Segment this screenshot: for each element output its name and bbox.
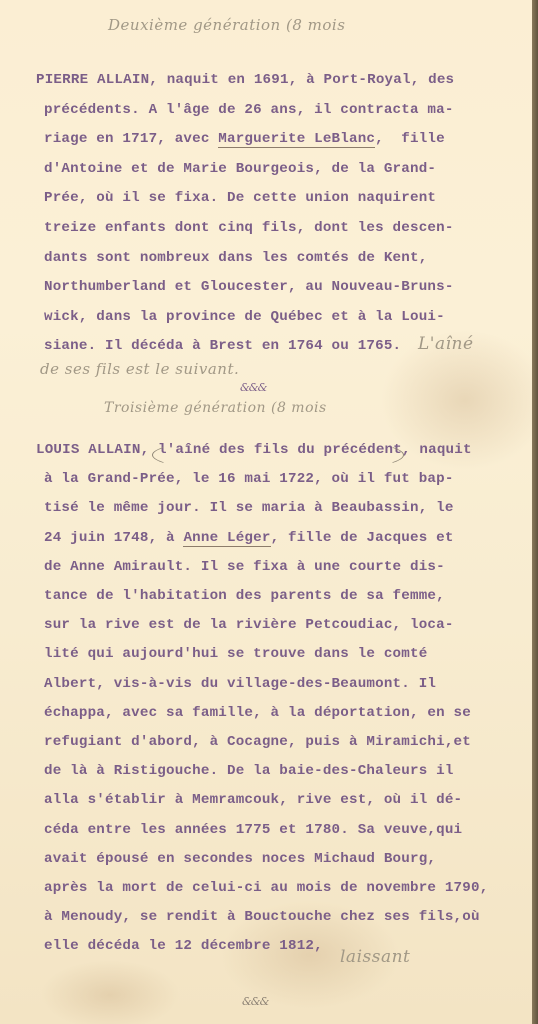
trailing-annotation: laissant — [340, 947, 410, 967]
text-line: céda entre les années 1775 et 1780. Sa v… — [44, 822, 462, 838]
text-line: sur la rive est de la rivière Petcoudiac… — [44, 617, 454, 633]
margin-annotation-laine: L'aîné — [418, 334, 474, 354]
page-edge — [532, 0, 538, 1024]
text-line: échappa, avec sa famille, à la déportati… — [44, 705, 471, 721]
document-page: Deuxième génération (8 mois PIERRE ALLAI… — [0, 0, 532, 1024]
section2-annotation: Troisième génération (8 mois — [104, 400, 327, 416]
text-line: riage en 1717, avec Marguerite LeBlanc, … — [44, 131, 445, 147]
text-line: Albert, vis-à-vis du village-des-Beaumon… — [44, 676, 436, 692]
text-line: d'Antoine et de Marie Bourgeois, de la G… — [44, 161, 436, 177]
text-line: Northumberland et Gloucester, au Nouveau… — [44, 279, 454, 295]
text-line: refugiant d'abord, à Cocagne, puis à Mir… — [44, 734, 471, 750]
text-line: lité qui aujourd'hui se trouve dans le c… — [44, 646, 427, 662]
text-line: tisé le même jour. Il se maria à Beaubas… — [44, 500, 454, 516]
header-annotation: Deuxième génération (8 mois — [108, 16, 345, 34]
text-line: 24 juin 1748, à Anne Léger, fille de Jac… — [44, 530, 454, 546]
separator-ornament: &&& — [240, 381, 266, 394]
circle-mark — [152, 436, 404, 474]
text-line: avait épousé en secondes noces Michaud B… — [44, 851, 436, 867]
footer-separator: &&& — [242, 995, 268, 1008]
text-line: de là à Ristigouche. De la baie-des-Chal… — [44, 763, 454, 779]
text-line: PIERRE ALLAIN, naquit en 1691, à Port-Ro… — [36, 72, 454, 88]
text-line: à la Grand-Prée, le 16 mai 1722, où il f… — [44, 471, 454, 487]
text-line: elle décéda le 12 décembre 1812, — [44, 938, 323, 954]
text-line: siane. Il décéda à Brest en 1764 ou 1765… — [44, 338, 401, 354]
section-pierre-allain: PIERRE ALLAIN, naquit en 1691, à Port-Ro… — [36, 72, 516, 372]
text-line: treize enfants dont cinq fils, dont les … — [44, 220, 454, 236]
text-line: wick, dans la province de Québec et à la… — [44, 309, 445, 325]
text-line: dants sont nombreux dans les comtés de K… — [44, 250, 427, 266]
text-line: de Anne Amirault. Il se fixa à une court… — [44, 559, 445, 575]
underlined-name: Anne Léger — [183, 530, 270, 547]
text-line: à Menoudy, se rendit à Bouctouche chez s… — [44, 909, 480, 925]
underlined-name: Marguerite LeBlanc — [218, 131, 375, 148]
text-line: Prée, où il se fixa. De cette union naqu… — [44, 190, 436, 206]
text-line: tance de l'habitation des parents de sa … — [44, 588, 445, 604]
margin-annotation-continuation: de ses fils est le suivant. — [40, 360, 239, 378]
text-line: précédents. A l'âge de 26 ans, il contra… — [44, 102, 454, 118]
text-line: après la mort de celui-ci au mois de nov… — [44, 880, 488, 896]
section-louis-allain: LOUIS ALLAIN, l'aîné des fils du précéde… — [36, 442, 516, 982]
text-line: alla s'établir à Memramcouk, rive est, o… — [44, 792, 462, 808]
